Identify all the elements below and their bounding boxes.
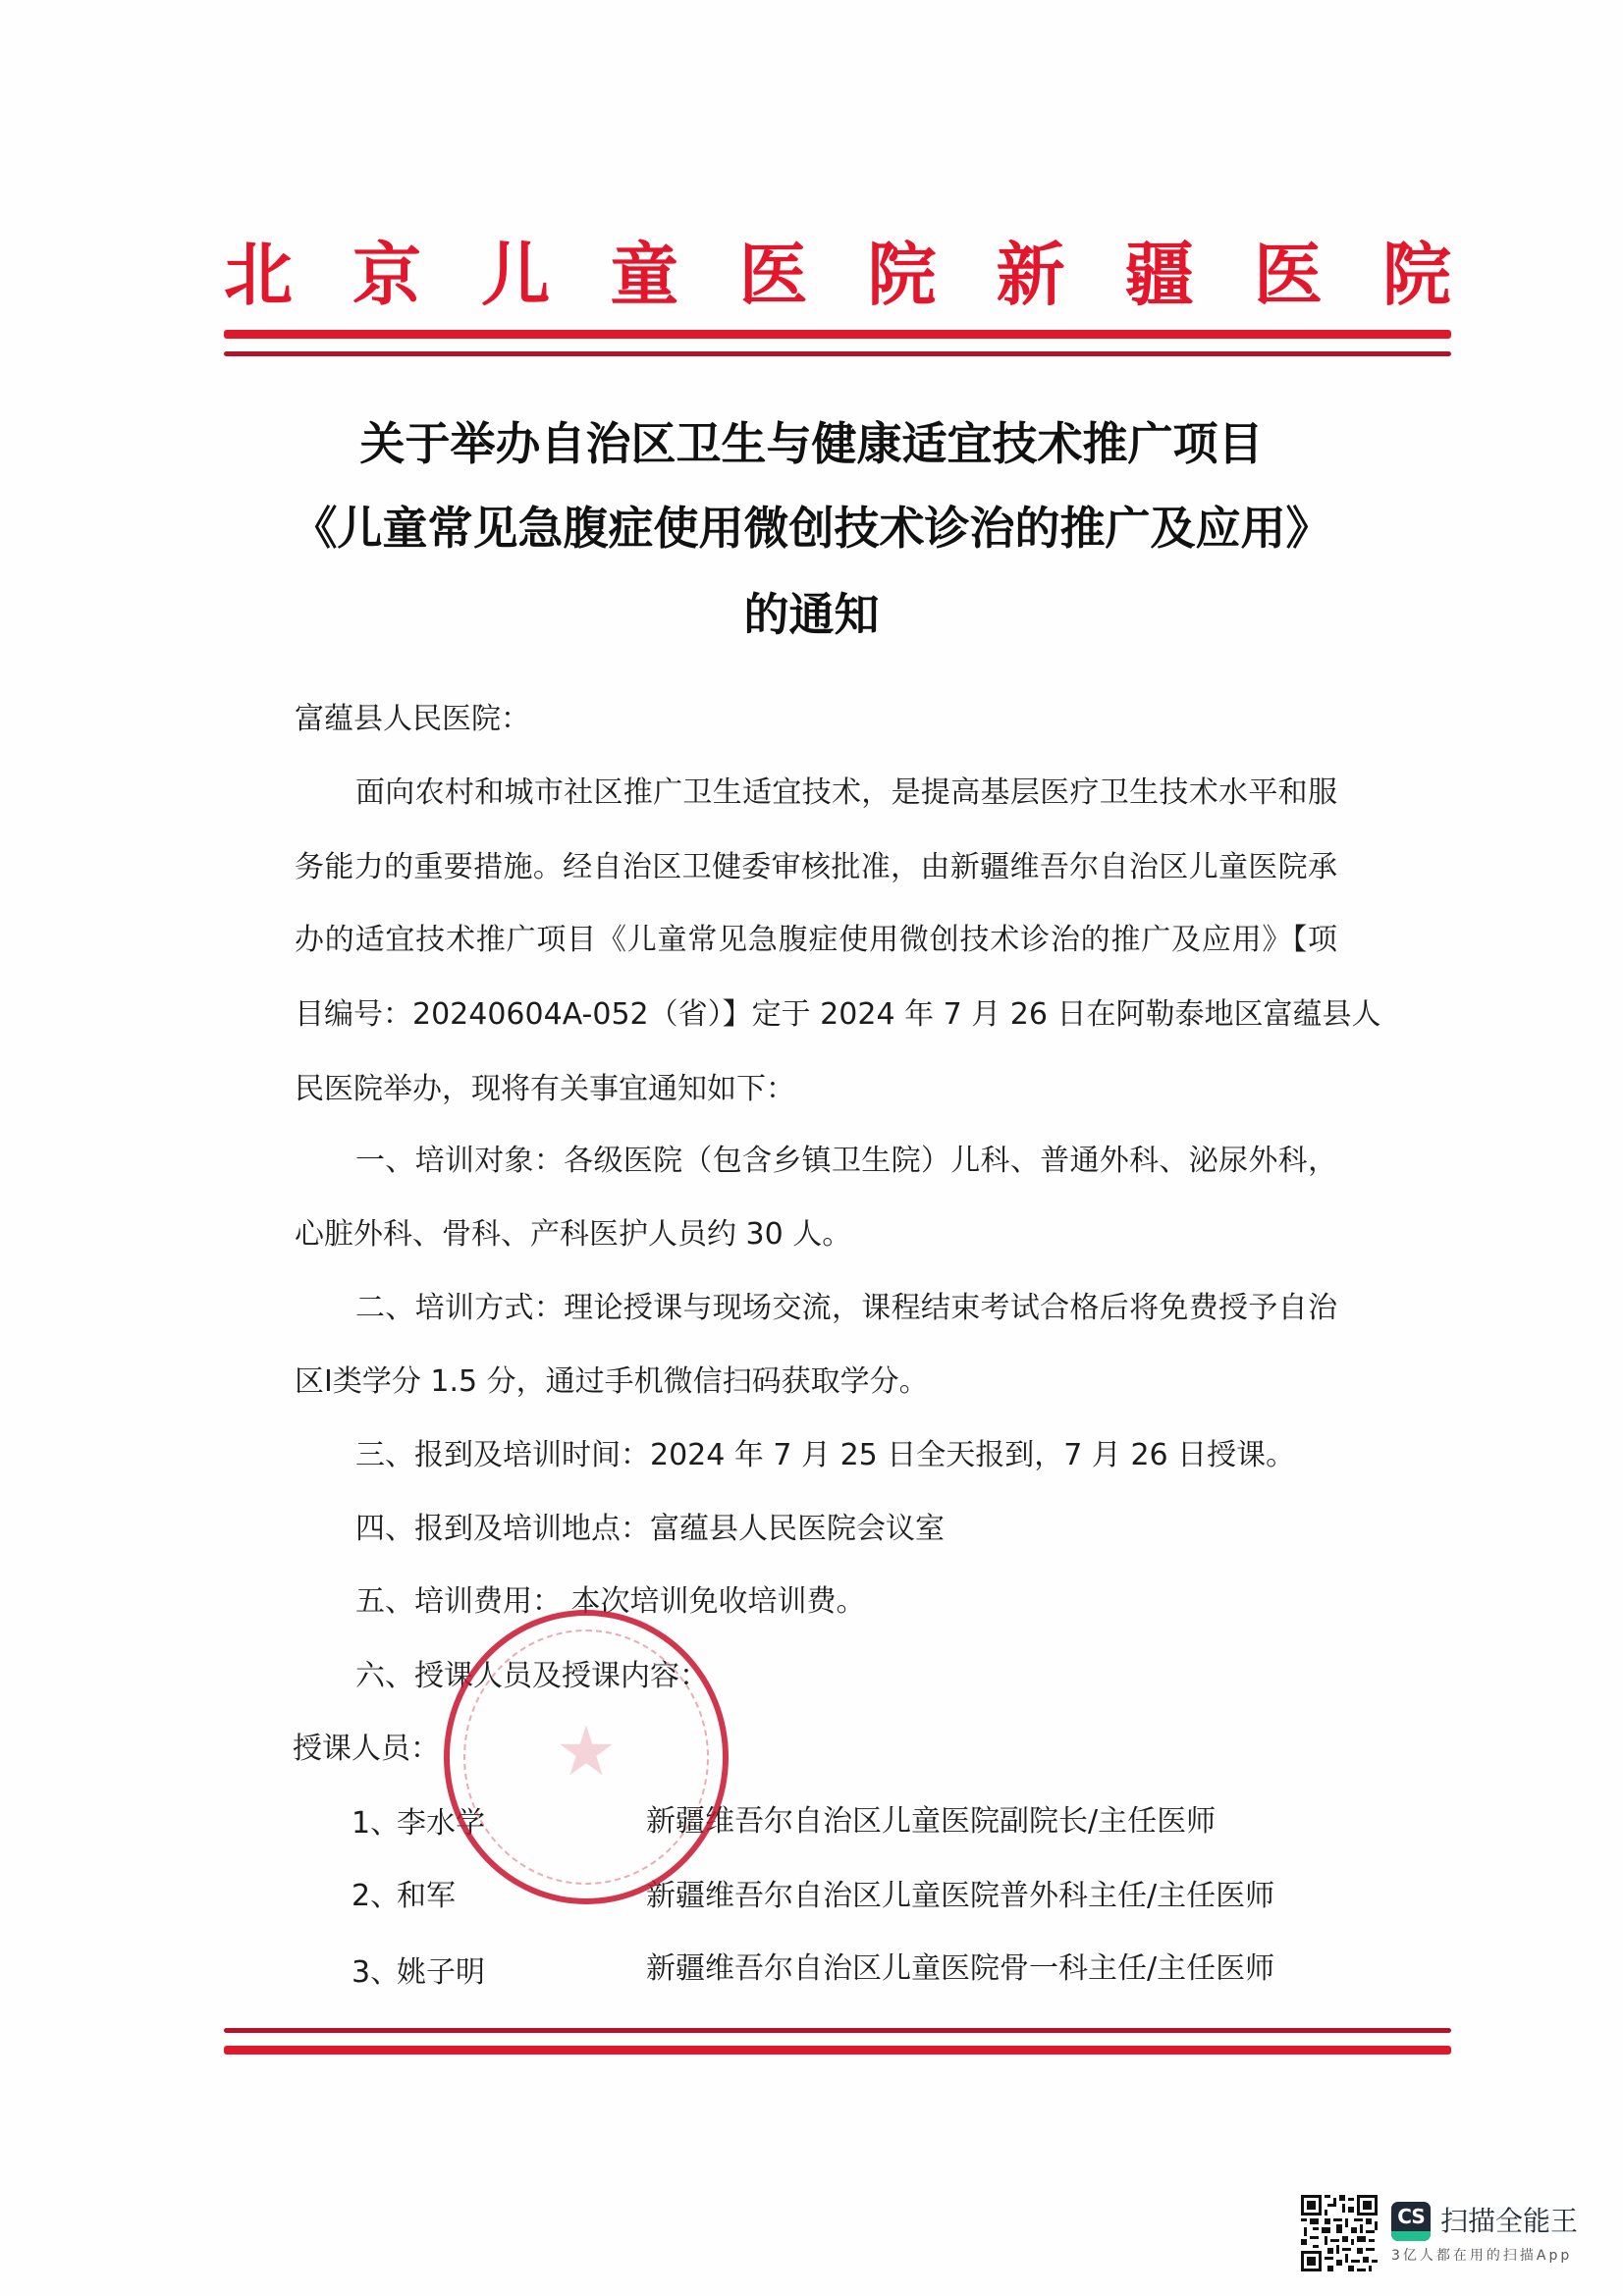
- letterhead-char: 疆: [1125, 236, 1194, 314]
- letterhead-org-name: 北 京 儿 童 医 院 新 疆 医 院: [224, 236, 1451, 314]
- camscanner-app-name: 扫描全能王: [1440, 2206, 1578, 2237]
- notice-title-line-1: 关于举办自治区卫生与健康适宜技术推广项目: [0, 414, 1623, 473]
- notice-title-line-2: 《儿童常见急腹症使用微创技术诊治的推广及应用》: [0, 499, 1623, 558]
- footer-red-rule-thin: [224, 2028, 1451, 2033]
- intro-line: 面向农村和城市社区推广卫生适宜技术，是提高基层医疗卫生技术水平和服: [355, 774, 1337, 813]
- letterhead-char: 儿: [481, 236, 550, 314]
- lecturer-name: 李水学: [397, 1804, 485, 1843]
- letterhead-char: 新: [997, 236, 1065, 314]
- lecturer-index: 1、: [352, 1804, 400, 1843]
- intro-line: 办的适宜技术推广项目《儿童常见急腹症使用微创技术诊治的推广及应用》【项: [295, 921, 1337, 960]
- document-page: 北 京 儿 童 医 院 新 疆 医 院 关于举办自治区卫生与健康适宜技术推广项目…: [0, 0, 1623, 2296]
- item-training-time: 三、报到及培训时间：2024 年 7 月 25 日全天报到，7 月 26 日授课…: [355, 1436, 1295, 1475]
- item-training-fee: 五、培训费用： 本次培训免收培训费。: [355, 1582, 866, 1622]
- notice-title-line-3: 的通知: [0, 585, 1623, 644]
- letterhead-char: 童: [610, 236, 678, 314]
- item-training-method-cont: 区Ⅰ类学分 1.5 分，通过手机微信扫码获取学分。: [295, 1362, 929, 1402]
- lecturer-index: 2、: [352, 1877, 400, 1916]
- lecturer-name: 和军: [397, 1877, 456, 1916]
- lecturer-title: 新疆维吾尔自治区儿童医院副院长/主任医师: [646, 1802, 1216, 1842]
- camscanner-logo-icon: CS: [1391, 2202, 1431, 2241]
- intro-line: 民医院举办，现将有关事宜通知如下：: [295, 1070, 795, 1109]
- salutation: 富蕴县人民医院：: [295, 700, 530, 739]
- lecturers-heading: 授课人员：: [293, 1730, 440, 1769]
- intro-line: 目编号：20240604A-052（省）】定于 2024 年 7 月 26 日在…: [295, 995, 1337, 1035]
- header-red-rule-thick: [224, 330, 1451, 339]
- letterhead-char: 医: [1254, 236, 1323, 314]
- seal-star-icon: ★: [556, 1717, 618, 1786]
- item-training-target: 一、培训对象：各级医院（包含乡镇卫生院）儿科、普通外科、泌尿外科，: [355, 1142, 1337, 1181]
- camscanner-slogan: 3亿人都在用的扫描App: [1391, 2247, 1578, 2265]
- letterhead-char: 院: [1382, 236, 1451, 314]
- camscanner-watermark: CS 扫描全能王 3亿人都在用的扫描App: [1301, 2195, 1578, 2271]
- lecturer-name: 姚子明: [397, 1953, 485, 1993]
- header-red-rule-thin: [224, 351, 1451, 356]
- letterhead-char: 北: [224, 236, 293, 314]
- footer-red-rule-thick: [224, 2046, 1451, 2055]
- letterhead-char: 医: [738, 236, 807, 314]
- lecturer-index: 3、: [352, 1953, 400, 1993]
- item-training-location: 四、报到及培训地点：富蕴县人民医院会议室: [355, 1510, 945, 1549]
- official-seal-stamp: ★: [444, 1610, 729, 1904]
- item-lecturers-and-content: 六、授课人员及授课内容：: [355, 1657, 709, 1696]
- letterhead-char: 院: [868, 236, 937, 314]
- intro-line: 务能力的重要措施。经自治区卫健委审核批准，由新疆维吾尔自治区儿童医院承: [295, 848, 1337, 887]
- item-training-method: 二、培训方式：理论授课与现场交流，课程结束考试合格后将免费授予自治: [355, 1289, 1337, 1328]
- camscanner-brand: CS 扫描全能王 3亿人都在用的扫描App: [1391, 2202, 1578, 2265]
- letterhead-char: 京: [352, 236, 421, 314]
- lecturer-title: 新疆维吾尔自治区儿童医院普外科主任/主任医师: [646, 1877, 1274, 1916]
- qr-code-icon: [1301, 2195, 1378, 2271]
- lecturer-title: 新疆维吾尔自治区儿童医院骨一科主任/主任医师: [646, 1949, 1274, 1989]
- item-training-target-cont: 心脏外科、骨科、产科医护人员约 30 人。: [295, 1215, 851, 1255]
